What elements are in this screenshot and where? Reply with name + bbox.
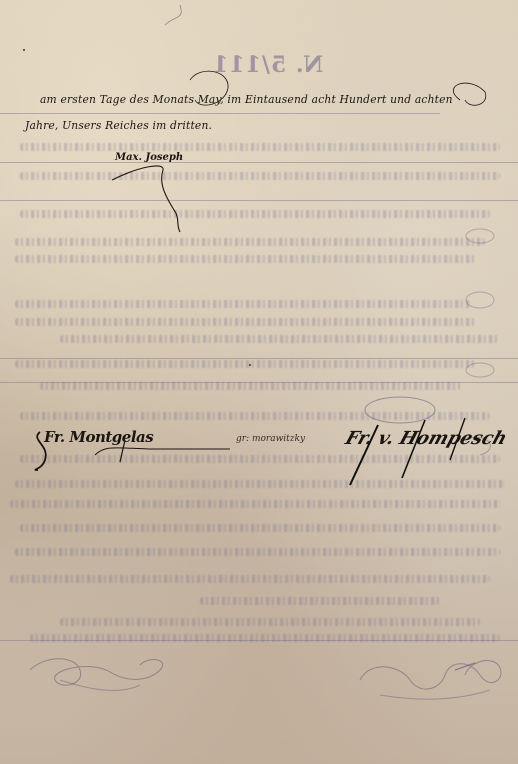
decree-text-line-1: am ersten Tage des Monats May, im Eintau… — [40, 92, 453, 106]
signature-countersign: Fr. v. Hompesch — [343, 428, 510, 449]
ink-flourishes — [0, 0, 518, 764]
signature-sovereign: Max. Joseph — [115, 152, 183, 163]
document-page: N. 5/111 am ersten Tage — [0, 0, 518, 764]
decree-text-line-2: Jahre, Unsers Reiches im dritten. — [25, 118, 212, 132]
signature-minister: Fr. Montgelas — [44, 428, 153, 446]
signature-annotation: gr: morawitzky — [236, 434, 305, 444]
